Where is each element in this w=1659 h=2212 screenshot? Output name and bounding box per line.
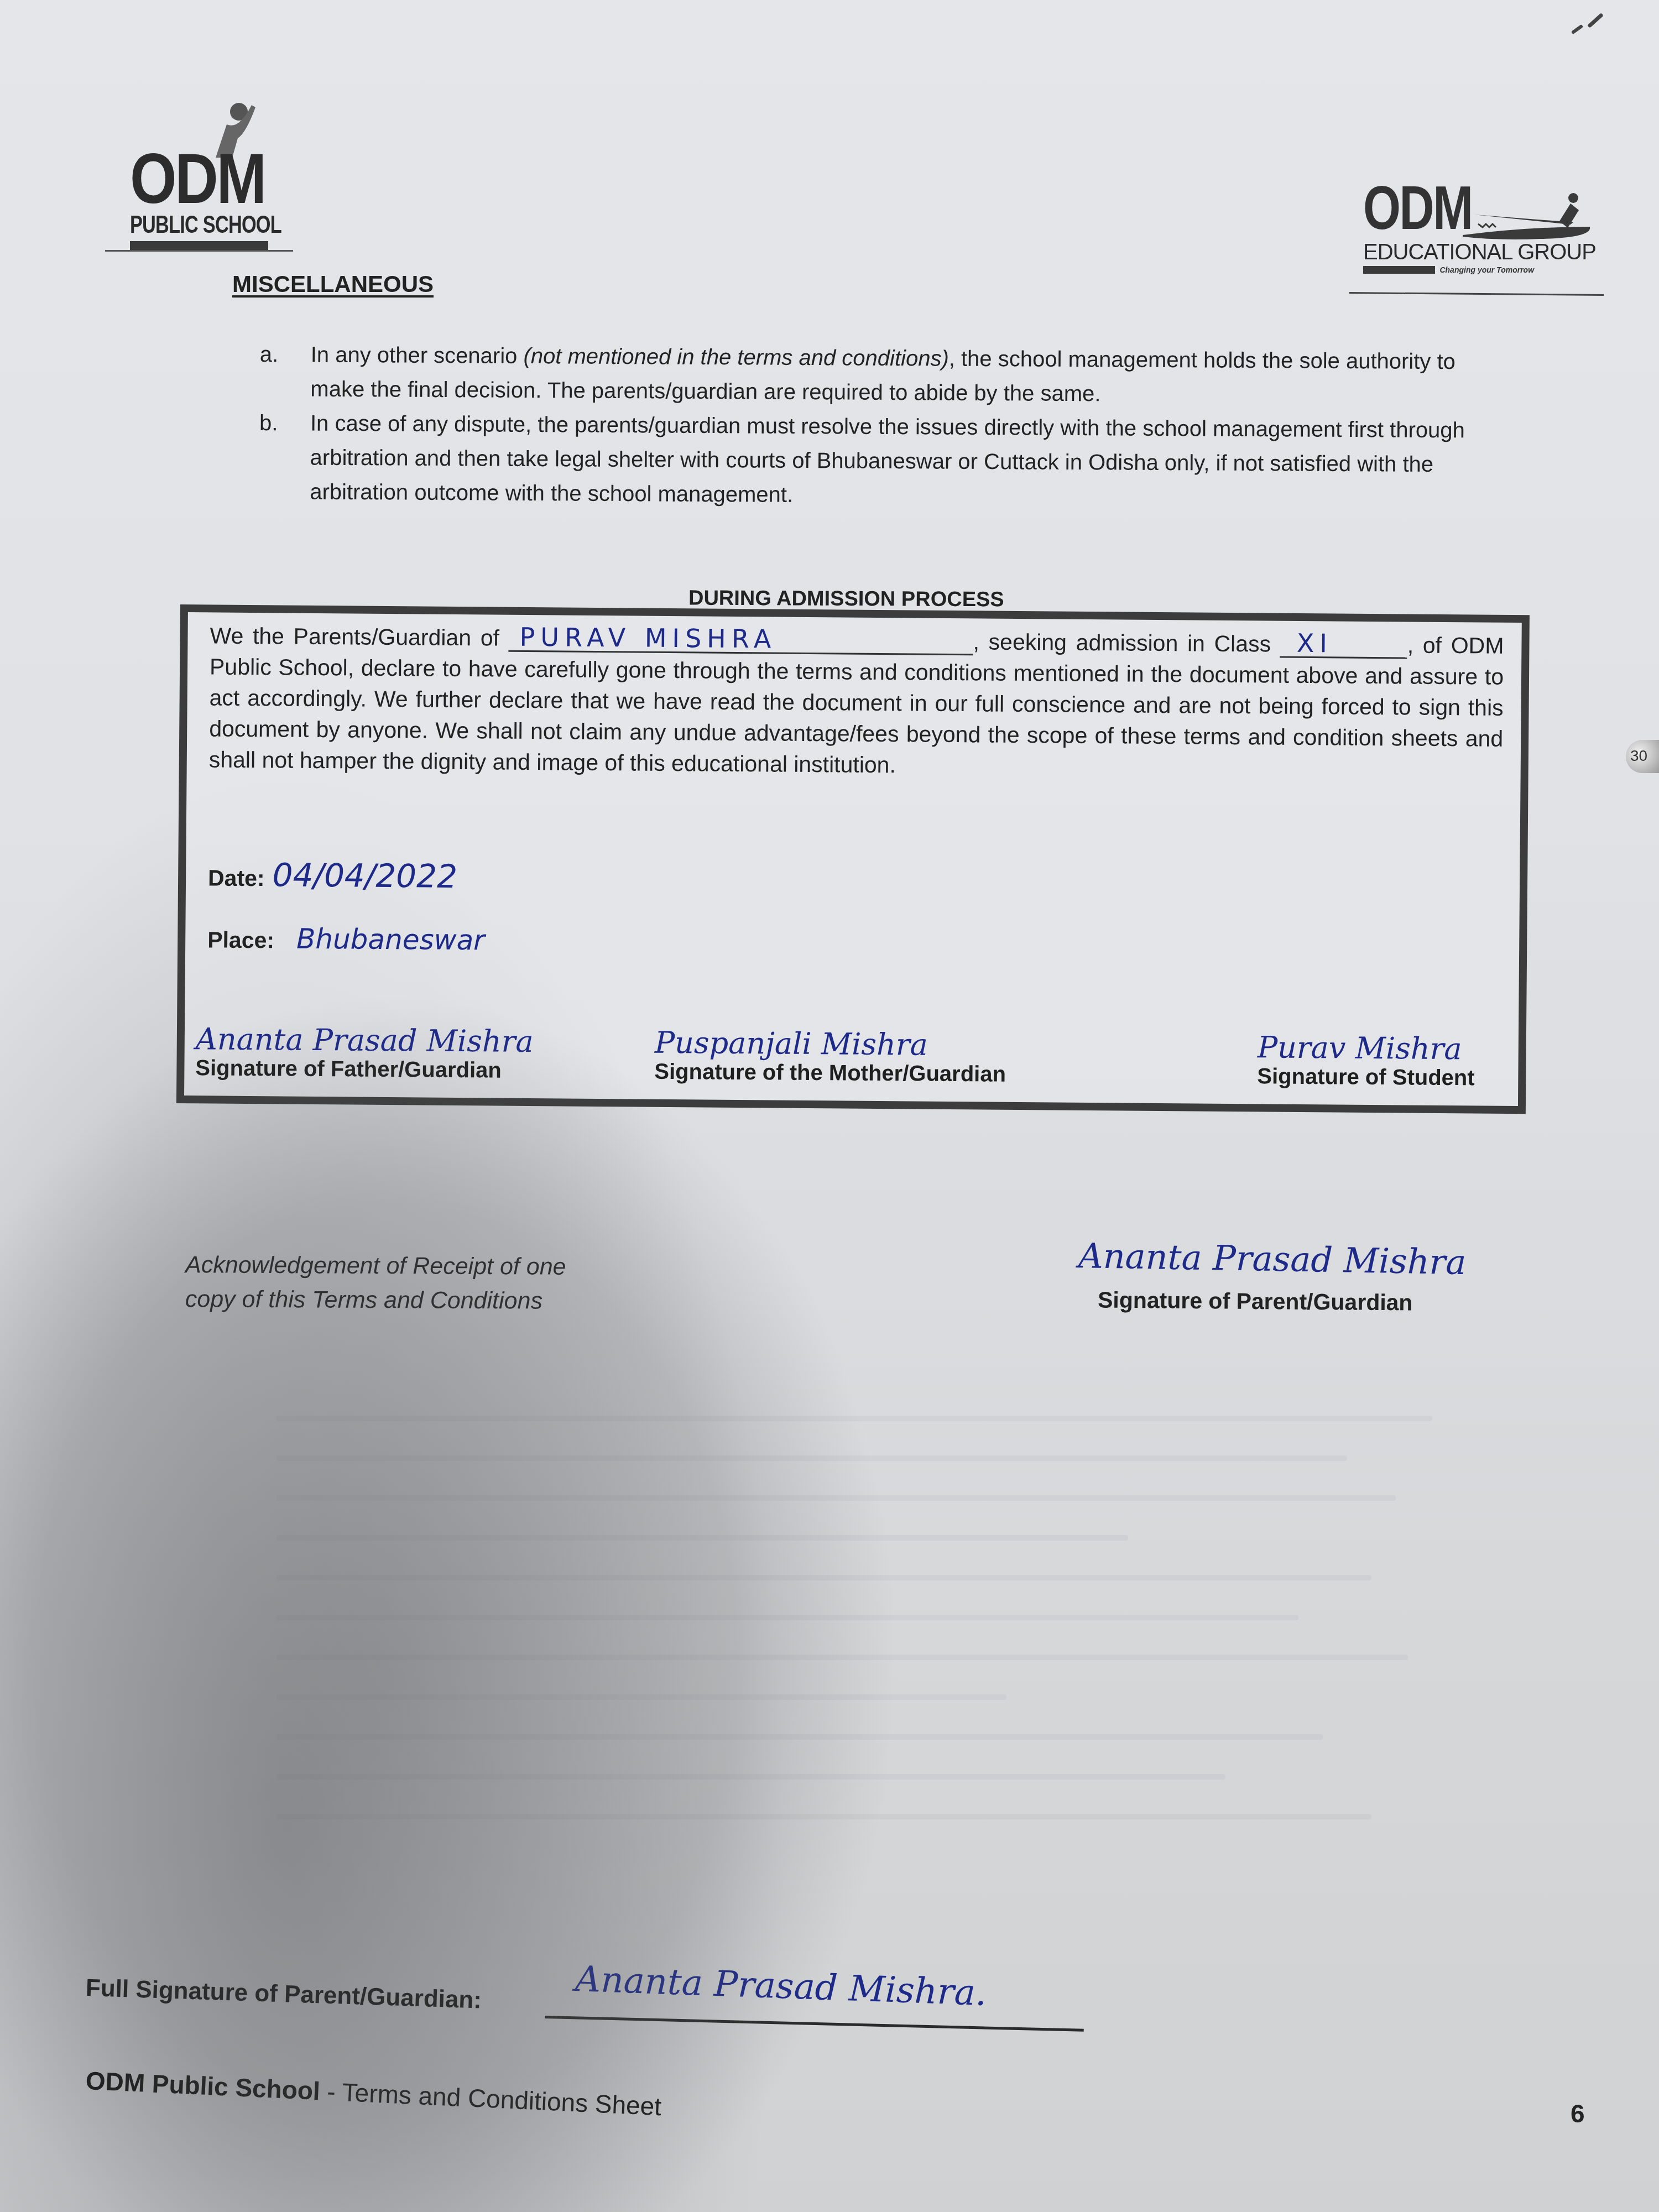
- place-value: Bhubaneswar: [296, 923, 485, 957]
- miscellaneous-list: a. In any other scenario (not mentioned …: [259, 337, 1499, 517]
- student-name-field[interactable]: PURAV MISHRA: [508, 625, 973, 656]
- place-label: Place:: [207, 927, 274, 953]
- class-value: XI: [1297, 628, 1333, 659]
- group-logo-tagline: Changing your Tomorrow: [1439, 265, 1534, 274]
- student-name-value: PURAV MISHRA: [519, 622, 776, 654]
- father-signature: Ananta Prasad Mishra: [196, 1021, 534, 1058]
- italic-segment: (not mentioned in the terms and conditio…: [523, 344, 949, 371]
- logo-wordmark: ODM: [130, 144, 252, 215]
- list-item-text: In case of any dispute, the parents/guar…: [310, 406, 1498, 517]
- admission-declaration-box: We the Parents/Guardian of PURAV MISHRA,…: [176, 604, 1530, 1114]
- student-signature-block[interactable]: Purav Mishra Signature of Student: [1257, 1030, 1475, 1091]
- mother-signature: Puspanjali Mishra: [655, 1025, 1006, 1062]
- acknowledgement-line: copy of this Terms and Conditions: [185, 1282, 566, 1318]
- father-signature-block[interactable]: Ananta Prasad Mishra Signature of Father…: [195, 1021, 534, 1083]
- logo-divider: [105, 250, 293, 252]
- logo-subtitle: PUBLIC SCHOOL: [130, 211, 242, 239]
- group-logo-bar: [1363, 266, 1435, 274]
- rower-boat-icon: [1463, 188, 1595, 241]
- acknowledgement-line: Acknowledgement of Receipt of one: [185, 1248, 566, 1284]
- list-item: b. In case of any dispute, the parents/g…: [259, 406, 1498, 517]
- declaration-text: We the Parents/Guardian of PURAV MISHRA,…: [209, 620, 1504, 785]
- student-signature-label: Signature of Student: [1257, 1064, 1475, 1091]
- text-segment: , seeking admission in Class: [973, 629, 1280, 656]
- class-field[interactable]: XI: [1280, 631, 1407, 659]
- date-field[interactable]: Date:04/04/2022: [208, 855, 457, 895]
- list-item-letter: a.: [259, 337, 311, 406]
- list-item-letter: b.: [259, 406, 310, 509]
- list-item: a. In any other scenario (not mentioned …: [259, 337, 1499, 414]
- miscellaneous-heading: MISCELLANEOUS: [232, 271, 434, 298]
- date-value: 04/04/2022: [272, 856, 457, 895]
- group-logo-subtitle: EDUCATIONAL GROUP: [1363, 240, 1595, 265]
- footer-separator: -: [320, 2077, 343, 2106]
- mother-signature-label: Signature of the Mother/Guardian: [654, 1060, 1006, 1087]
- odm-educational-group-logo: ODM EDUCATIONAL GROUP Changing your Tomo…: [1363, 177, 1595, 275]
- place-field[interactable]: Place:Bhubaneswar: [207, 922, 485, 956]
- page-number: 6: [1571, 2099, 1585, 2128]
- text-segment: We the Parents/Guardian of: [210, 623, 508, 650]
- text-segment: In any other scenario: [311, 343, 524, 368]
- acknowledgement-text: Acknowledgement of Receipt of one copy o…: [185, 1248, 566, 1318]
- admission-heading: DURING ADMISSION PROCESS: [688, 587, 1004, 612]
- mother-signature-block[interactable]: Puspanjali Mishra Signature of the Mothe…: [654, 1025, 1006, 1087]
- pen-mark-icon: [1568, 10, 1606, 38]
- father-signature-label: Signature of Father/Guardian: [195, 1056, 533, 1083]
- date-label: Date:: [208, 865, 265, 891]
- acknowledgement-signature-label: Signature of Parent/Guardian: [1098, 1287, 1413, 1316]
- logo-bar: [130, 241, 268, 250]
- student-signature: Purav Mishra: [1258, 1030, 1475, 1066]
- side-tab-marker: 30: [1626, 740, 1659, 773]
- list-item-text: In any other scenario (not mentioned in …: [310, 338, 1499, 414]
- acknowledgement-signature[interactable]: Ananta Prasad Mishra: [1078, 1235, 1467, 1282]
- odm-public-school-logo: ODM PUBLIC SCHOOL: [130, 100, 274, 250]
